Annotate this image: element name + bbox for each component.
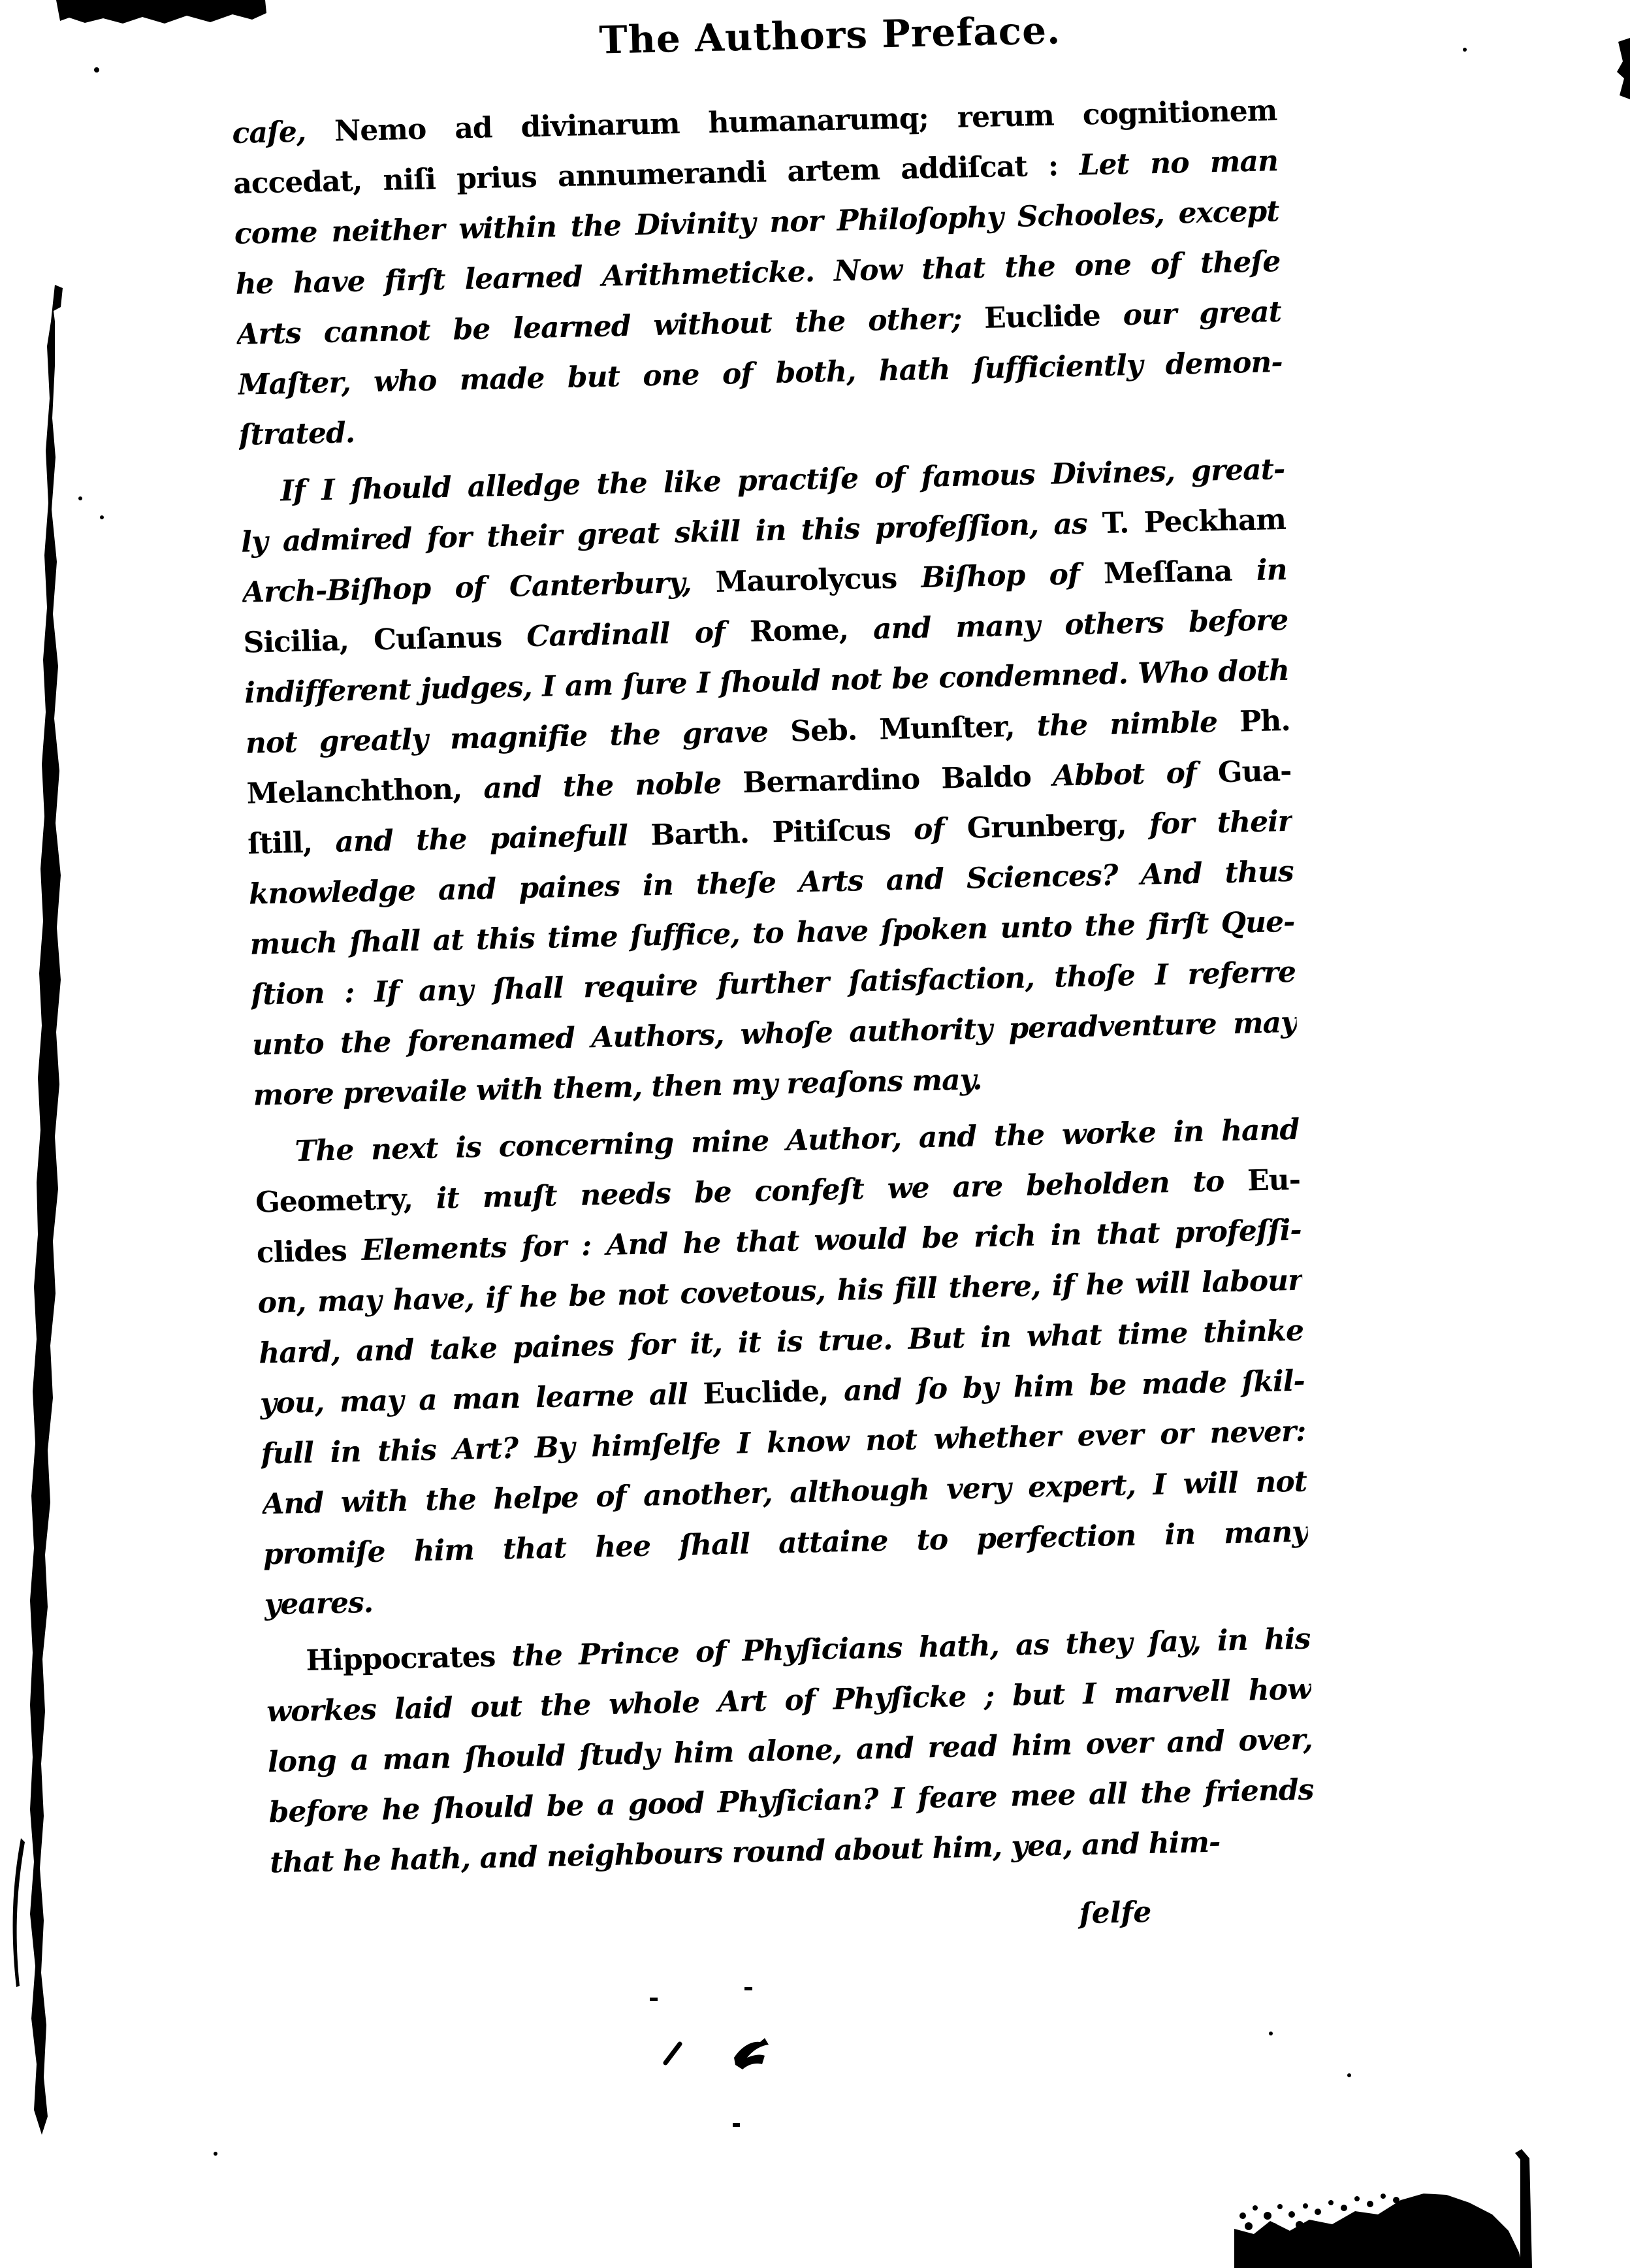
italic-text: the nimble bbox=[1036, 705, 1240, 743]
italic-text: Abbot of bbox=[1052, 756, 1218, 793]
signature-mark-squiggle bbox=[734, 2038, 769, 2069]
italic-text: Arch-Biſhop of Canterbury, bbox=[242, 566, 716, 609]
roman-text: Barth. Pitiſcus bbox=[650, 813, 914, 852]
italic-text: for their bbox=[1149, 805, 1292, 841]
italic-text: caſe, bbox=[232, 115, 335, 150]
bottom-right-ink-mass bbox=[1234, 2194, 1523, 2268]
roman-text: Melanchthon, bbox=[246, 772, 484, 811]
italic-text: it muſt needs be confeſt we are beholden… bbox=[436, 1164, 1247, 1215]
roman-text: Seb. Munſter, bbox=[790, 709, 1038, 748]
roman-text: Sicilia, Cuſanus bbox=[243, 620, 527, 659]
paragraph: Hippocrates the Prince of Phyſicians hat… bbox=[265, 1614, 1315, 1888]
roman-text: Meſſana bbox=[1104, 554, 1257, 591]
italic-text: Let no man bbox=[1079, 144, 1278, 182]
roman-text: Hippocrates bbox=[306, 1640, 512, 1677]
roman-text: Euclide, bbox=[703, 1374, 844, 1411]
roman-text: Maurolycus bbox=[715, 561, 921, 599]
roman-text: Geometry, bbox=[255, 1182, 437, 1220]
italic-text: Cardinall of bbox=[526, 615, 750, 653]
top-right-ink-blob bbox=[1617, 38, 1630, 99]
italic-text: yeares. bbox=[264, 1586, 373, 1622]
signature-mark-slash bbox=[665, 2044, 680, 2063]
book-page-scan: The Authors Preface. caſe, Nemo ad divin… bbox=[0, 0, 1630, 2268]
italic-text: our great bbox=[1123, 295, 1281, 332]
italic-text: in bbox=[1256, 553, 1287, 587]
italic-text: more prevaile with them, then my reaſons… bbox=[253, 1063, 982, 1112]
roman-text: Euclide bbox=[984, 299, 1124, 335]
preface-paragraphs: caſe, Nemo ad divinarum humanarumq; reru… bbox=[232, 86, 1315, 1888]
italic-text: ſtrated. bbox=[238, 416, 355, 452]
italic-text: Biſhop of bbox=[921, 557, 1104, 594]
italic-text: Arts cannot be learned without the other… bbox=[236, 302, 985, 351]
catchword: ſelfe bbox=[1079, 1896, 1152, 1930]
italic-text: and many others before bbox=[872, 604, 1288, 646]
roman-text: Grunberg, bbox=[967, 808, 1149, 845]
top-edge-ink-bar bbox=[56, 0, 266, 24]
roman-text: Ph. bbox=[1239, 704, 1291, 739]
paragraph: The next is concerning mine Author, and … bbox=[254, 1105, 1309, 1630]
roman-text: Bernardino Baldo bbox=[743, 760, 1053, 800]
page-edge-curve-line bbox=[13, 1838, 25, 1987]
roman-text: ſtill, bbox=[248, 826, 336, 861]
paragraph: caſe, Nemo ad divinarum humanarumq; reru… bbox=[232, 86, 1284, 461]
italic-text: and the noble bbox=[483, 766, 743, 805]
paragraph: If I ſhould alledge the like practiſe of… bbox=[240, 444, 1298, 1121]
italic-text: and the painefull bbox=[335, 818, 651, 859]
roman-text: T. Peckham bbox=[1102, 503, 1286, 540]
italic-text: not greatly magnifie the grave bbox=[245, 715, 790, 760]
roman-text: Rome, bbox=[750, 613, 874, 649]
italic-text: of bbox=[914, 812, 968, 847]
roman-text: Eu- bbox=[1247, 1163, 1301, 1198]
italic-text: you, may a man learne all bbox=[259, 1378, 703, 1421]
italic-text: and ſo by him be made ſkil- bbox=[843, 1365, 1305, 1408]
italic-text: the Prince of Phyſicians hath, as they ſ… bbox=[511, 1623, 1311, 1674]
page-text-block: The Authors Preface. caſe, Nemo ad divin… bbox=[230, 3, 1317, 1956]
gutter-shadow-streak bbox=[30, 285, 63, 2135]
roman-text: clides bbox=[256, 1234, 362, 1269]
roman-text: Gua- bbox=[1217, 754, 1291, 789]
